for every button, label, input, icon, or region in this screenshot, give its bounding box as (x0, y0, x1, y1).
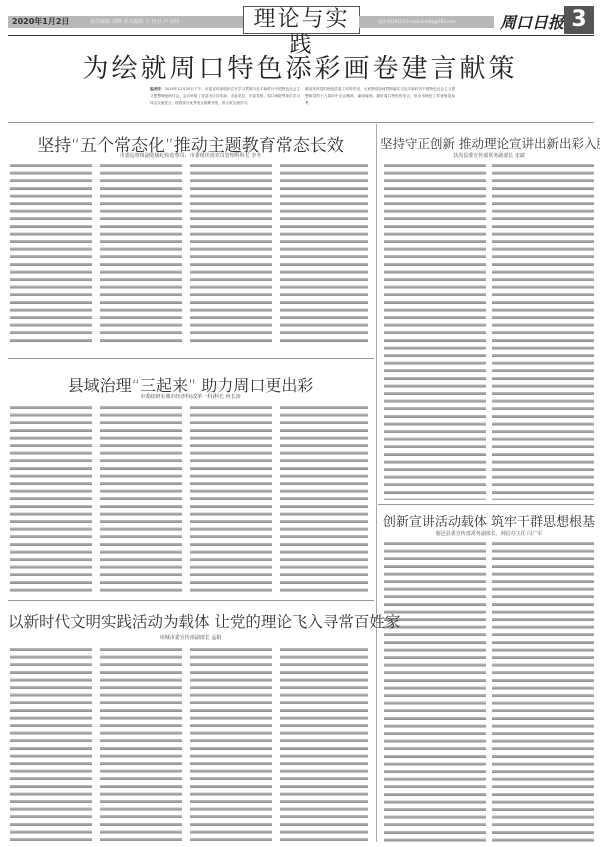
divider (8, 600, 374, 601)
contact-info: 电话 4159153 E-mail zkrbllsj@163.com (378, 16, 456, 28)
article-body-column (190, 162, 272, 342)
editors-credit: 责任编辑 刘继 美术编辑 王 校对 卢 审核 (90, 16, 180, 28)
article-body-column: 习近平总书记就县域治理作出重要论述…… (10, 404, 92, 592)
divider (8, 358, 374, 359)
divider (378, 504, 594, 505)
article-body-column (280, 162, 368, 342)
article-body-column (190, 646, 272, 842)
page-number: 3 (564, 6, 594, 34)
article-body-column: 扶沟县委宣传部坚持以习近平新时代中国特色社会主义思想为指引…… (384, 162, 486, 500)
article-body-column: 2019年以来，鹿邑县按照“知识宣讲、励志宣讲、政策宣讲”的原则…… (384, 540, 486, 842)
article-body-column (280, 404, 368, 592)
article-byline: 鹿邑县委宣传部常务副部长、网信办主任 闫广军 (380, 530, 598, 537)
article-body-column (280, 646, 368, 842)
issue-date: 2020年1月2日 (12, 16, 69, 28)
newspaper-logo: 周口日报 (500, 10, 564, 33)
article-headline: 坚持守正创新 推动理论宣讲出新出彩入脑入心 (380, 134, 598, 152)
column-divider (376, 124, 377, 842)
masthead-rule (8, 35, 594, 36)
article-byline: 市委巡察组副处级纪检监察员、市委组织部党员管理科科长 李冬 (8, 152, 373, 159)
divider (8, 122, 594, 123)
article-byline: 市委政研室城市经济科(改革一科)科长 何长涛 (8, 393, 373, 400)
article-headline: 以新时代文明实践活动为载体 让党的理论飞入寻常百姓家 (8, 610, 373, 632)
editor-note-right: 重视发挥党的理论武装工作的作用，大家围绕如何贯彻落实习近平新时代中国特色社会主义… (305, 86, 455, 107)
section-title: 理论与实践 (243, 6, 360, 34)
article-body-column (100, 404, 182, 592)
article-body-column (492, 540, 594, 842)
page-main-title: 为绘就周口特色添彩画卷建言献策 (0, 48, 600, 85)
article-body-column (100, 646, 182, 842)
article-byline: 项城市委宣传部副部长 孟娟 (8, 634, 373, 641)
editor-note-left: 编者按：2019年12月20日下午，市委宣传部组织召开学习贯彻习近平新时代中国特… (150, 86, 300, 107)
article-headline: 创新宣讲活动载体 筑牢干群思想根基 (380, 511, 598, 530)
article-body-column (190, 404, 272, 592)
article-body-column (492, 162, 594, 500)
article-byline: 扶沟县委宣传部常务副部长 宋斌 (380, 152, 598, 159)
editor-note-label: 编者按： (150, 87, 165, 91)
article-body-column: 项城市突出解决“谁来讲、在哪讲、讲什么、怎么讲”的问题…… (10, 646, 92, 842)
article-body-column: 第二批主题教育开展以来，全市主题教育不仅取得了明显成效…… (10, 162, 92, 342)
masthead: 2020年1月2日 责任编辑 刘继 美术编辑 王 校对 卢 审核 理论与实践 电… (0, 0, 600, 36)
article-body-column (100, 162, 182, 342)
editor-note-text: 2019年12月20日下午，市委宣传部组织召开学习贯彻习近平新时代中国特色社会主… (150, 87, 300, 105)
